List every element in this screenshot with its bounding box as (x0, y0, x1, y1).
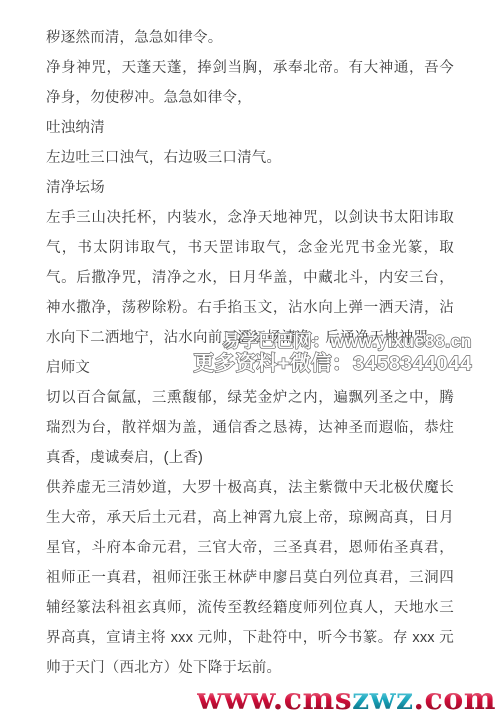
paragraph-deity-invocation: 供养虚无三清妙道，大罗十极高真，法主紫微中天北极伏魔长生大帝，承天后土元君，高上… (46, 473, 454, 683)
yixue-watermark-site-url: 易学巴巴网：www.yixue88.cn (194, 331, 472, 352)
yixue-watermark-wechat: 更多资料+微信：3458344044 (194, 352, 472, 376)
cmszwz-watermark-segment-middle: zwz (352, 685, 413, 715)
paragraph-spell-ending: 秽逐然而清，急急如律令。 (46, 23, 454, 53)
cmszwz-watermark: www.cmszwz.com (197, 685, 496, 715)
cmszwz-watermark-segment-right: .com (414, 685, 496, 715)
paragraph-body-purification-mantra: 净身神咒，天蓬天蓬，捧剑当胸，承奉北帝。有大神通，吾今净身，勿使秽冲。急急如律令… (46, 53, 454, 113)
section-heading-expel-turbid: 吐浊纳清 (46, 113, 454, 143)
paragraph-breathing-instruction: 左边吐三口浊气，右边吸三口清气。 (46, 143, 454, 173)
paragraph-incense-offering: 切以百合氤氲，三熏馥郁，绿芜金炉之内，遍飘列圣之中，腾瑞烈为台，散祥烟为盖，通信… (46, 383, 454, 473)
document-page: 秽逐然而清，急急如律令。 净身神咒，天蓬天蓬，捧剑当胸，承奉北帝。有大神通，吾今… (0, 0, 498, 719)
cmszwz-watermark-segment-left: www.cms (197, 685, 352, 715)
section-heading-purify-altar: 清净坛场 (46, 173, 454, 203)
yixue-watermark: 易学巴巴网：www.yixue88.cn 更多资料+微信：3458344044 (194, 331, 472, 376)
